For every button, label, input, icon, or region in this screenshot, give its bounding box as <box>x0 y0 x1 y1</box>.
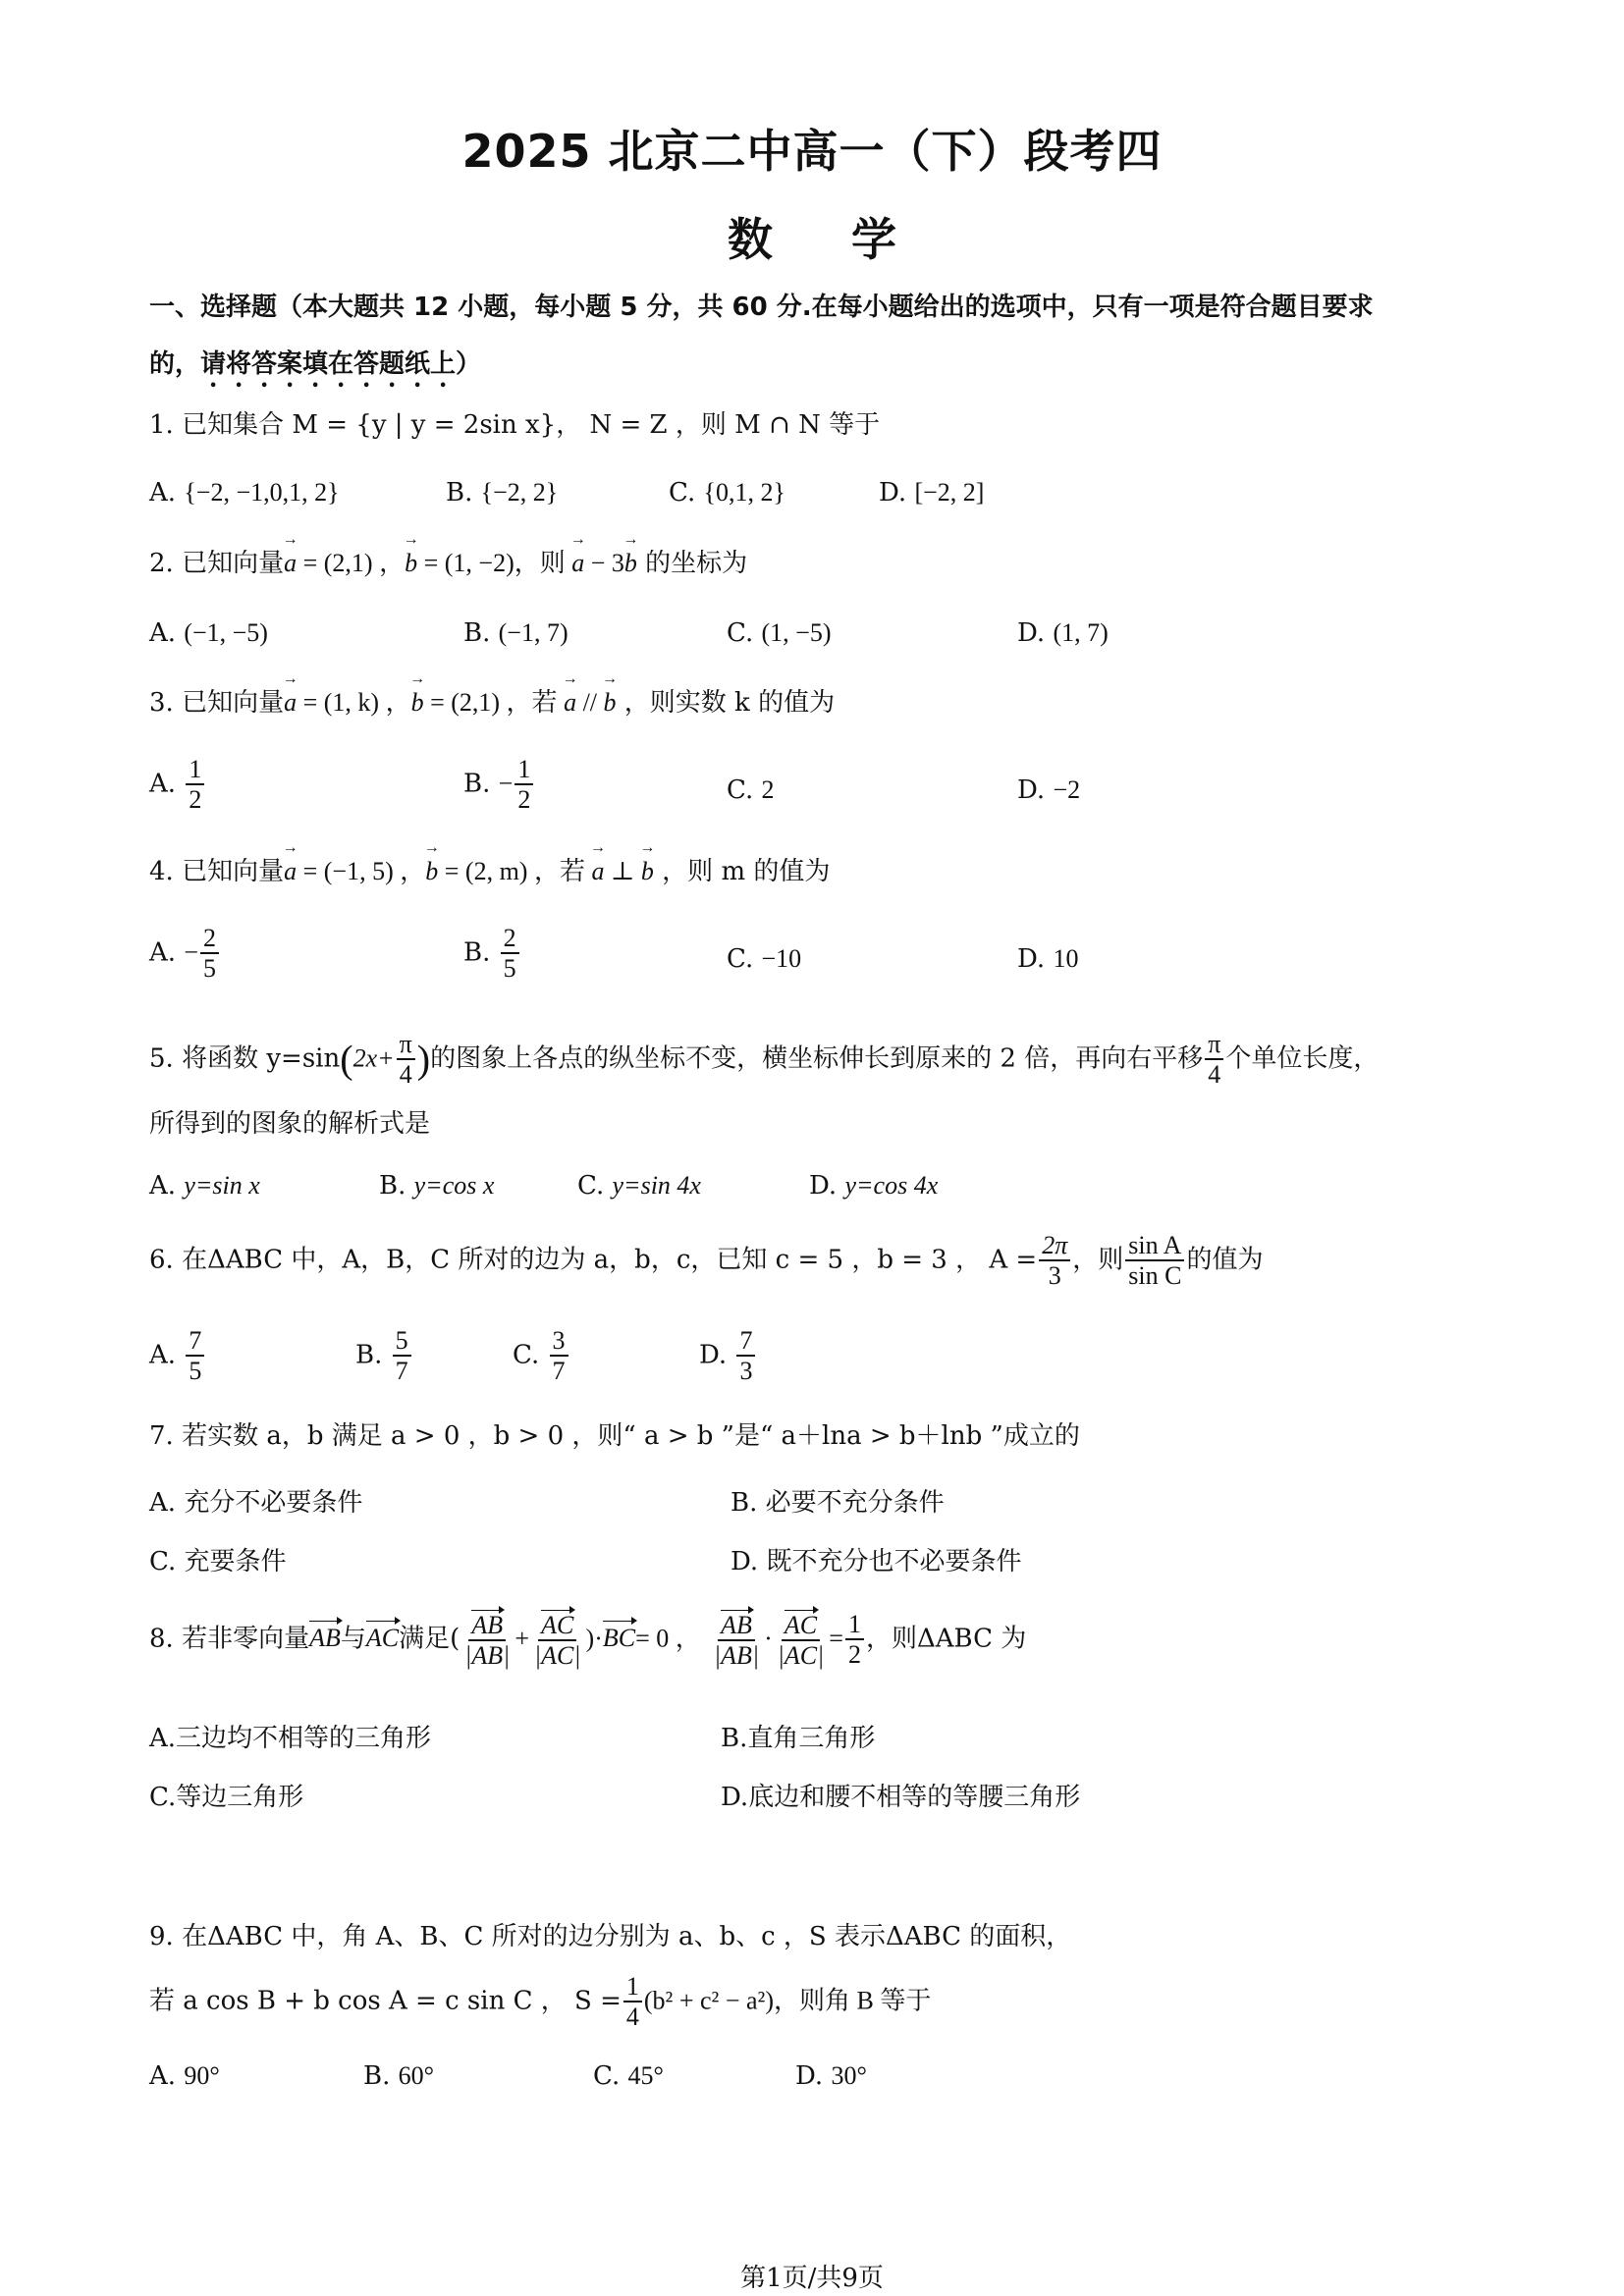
q9-option-c: C. 45° <box>593 2061 664 2091</box>
emphasized-instruction: 请将答案填在答题纸上 <box>200 349 456 379</box>
q8-option-c: C.等边三角形 <box>149 1777 303 1813</box>
question-2: 2. 已知向量a = (2,1) ，b = (1, −2)，则 a − 3b 的… <box>149 548 747 579</box>
subject-char: 数 <box>728 204 773 269</box>
q5-option-d: D. y=cos 4x <box>809 1171 938 1201</box>
question-9-line2: 若 a cos B + b cos A = c sin C ， S =14(b²… <box>149 1973 931 2031</box>
q9-option-a: A. 90° <box>149 2061 220 2091</box>
exam-page: 2025 北京二中高一（下）段考四 数学 一、选择题（本大题共 12 小题，每小… <box>0 0 1624 2296</box>
question-9: 9. 在ΔABC 中，角 A、B、C 所对的边分别为 a、b、c ，S 表示ΔA… <box>149 1922 1071 1952</box>
section-heading-line1: 一、选择题（本大题共 12 小题，每小题 5 分，共 60 分.在每小题给出的选… <box>149 293 1374 323</box>
q9-option-b: B. 60° <box>363 2061 434 2091</box>
question-5: 5. 将函数 y=sin(2x+π4)的图象上各点的纵坐标不变，横坐标伸长到原来… <box>149 1031 1379 1089</box>
q2-option-c: C. (1, −5) <box>727 618 831 648</box>
q6-option-c: C. 37 <box>513 1327 570 1385</box>
question-6: 6. 在ΔABC 中，A，B，C 所对的边为 a，b，c，已知 c = 5 ，b… <box>149 1232 1263 1290</box>
q4-option-c: C. −10 <box>727 944 801 974</box>
question-3: 3. 已知向量a = (1, k) ，b = (2,1) ，若 a // b ，… <box>149 687 835 719</box>
q1-option-d: D. [−2, 2] <box>879 478 984 507</box>
q4-option-b: B. 25 <box>463 925 521 983</box>
q2-option-b: B. (−1, 7) <box>463 618 568 648</box>
question-7: 7. 若实数 a，b 满足 a > 0 ，b > 0 ，则“ a > b ”是“… <box>149 1421 1080 1452</box>
q3-option-c: C. 2 <box>727 775 775 805</box>
q6-option-b: B. 57 <box>355 1327 413 1385</box>
q1-option-c: C. {0,1, 2} <box>669 478 785 507</box>
exam-title: 2025 北京二中高一（下）段考四 <box>0 116 1624 181</box>
question-stem: 已知集合 M = {y | y = 2sin x}， N = Z ，则 M ∩ … <box>182 410 880 440</box>
q4-option-d: D. 10 <box>1017 944 1078 974</box>
q5-option-b: B. y=cos x <box>379 1171 494 1201</box>
q3-option-d: D. −2 <box>1017 775 1080 805</box>
q8-option-a: A.三边均不相等的三角形 <box>149 1718 431 1754</box>
q2-option-a: A. (−1, −5) <box>149 618 268 648</box>
q3-option-a: A. 12 <box>149 756 206 814</box>
q1-option-b: B. {−2, 2} <box>446 478 558 507</box>
subject-char: 学 <box>851 204 896 269</box>
q5-option-c: C. y=sin 4x <box>577 1171 701 1201</box>
q7-option-a: A. 充分不必要条件 <box>149 1482 362 1519</box>
q5-option-a: A. y=sin x <box>149 1171 260 1201</box>
q6-option-a: A. 75 <box>149 1327 206 1385</box>
q1-option-a: A. {−2, −1,0,1, 2} <box>149 478 340 507</box>
section-heading-line2: 的，请将答案填在答题纸上） <box>149 349 481 394</box>
question-4: 4. 已知向量a = (−1, 5) ，b = (2, m) ，若 a ⊥ b … <box>149 856 830 887</box>
question-5-line2: 所得到的图象的解析式是 <box>149 1109 430 1140</box>
q6-option-d: D. 73 <box>699 1327 757 1385</box>
q8-option-d: D.底边和腰不相等的等腰三角形 <box>721 1777 1080 1813</box>
q7-option-c: C. 充要条件 <box>149 1541 287 1577</box>
q7-option-b: B. 必要不充分条件 <box>731 1482 945 1519</box>
page-indicator: 第1页/共9页 <box>0 2258 1624 2294</box>
question-8: 8. 若非零向量AB与AC满足(AB|AB|+AC|AC|)·BC= 0 ， A… <box>149 1610 1026 1670</box>
q8-option-b: B.直角三角形 <box>721 1718 875 1754</box>
subject-title: 数学 <box>0 204 1624 269</box>
q7-option-d: D. 既不充分也不必要条件 <box>731 1541 1021 1577</box>
q2-option-d: D. (1, 7) <box>1017 618 1109 648</box>
question-1: 1. 已知集合 M = {y | y = 2sin x}， N = Z ，则 M… <box>149 410 880 441</box>
q3-option-b: B. −12 <box>463 756 535 814</box>
q4-option-a: A. −25 <box>149 925 221 983</box>
q9-option-d: D. 30° <box>795 2061 867 2091</box>
question-number: 1. <box>149 410 174 440</box>
